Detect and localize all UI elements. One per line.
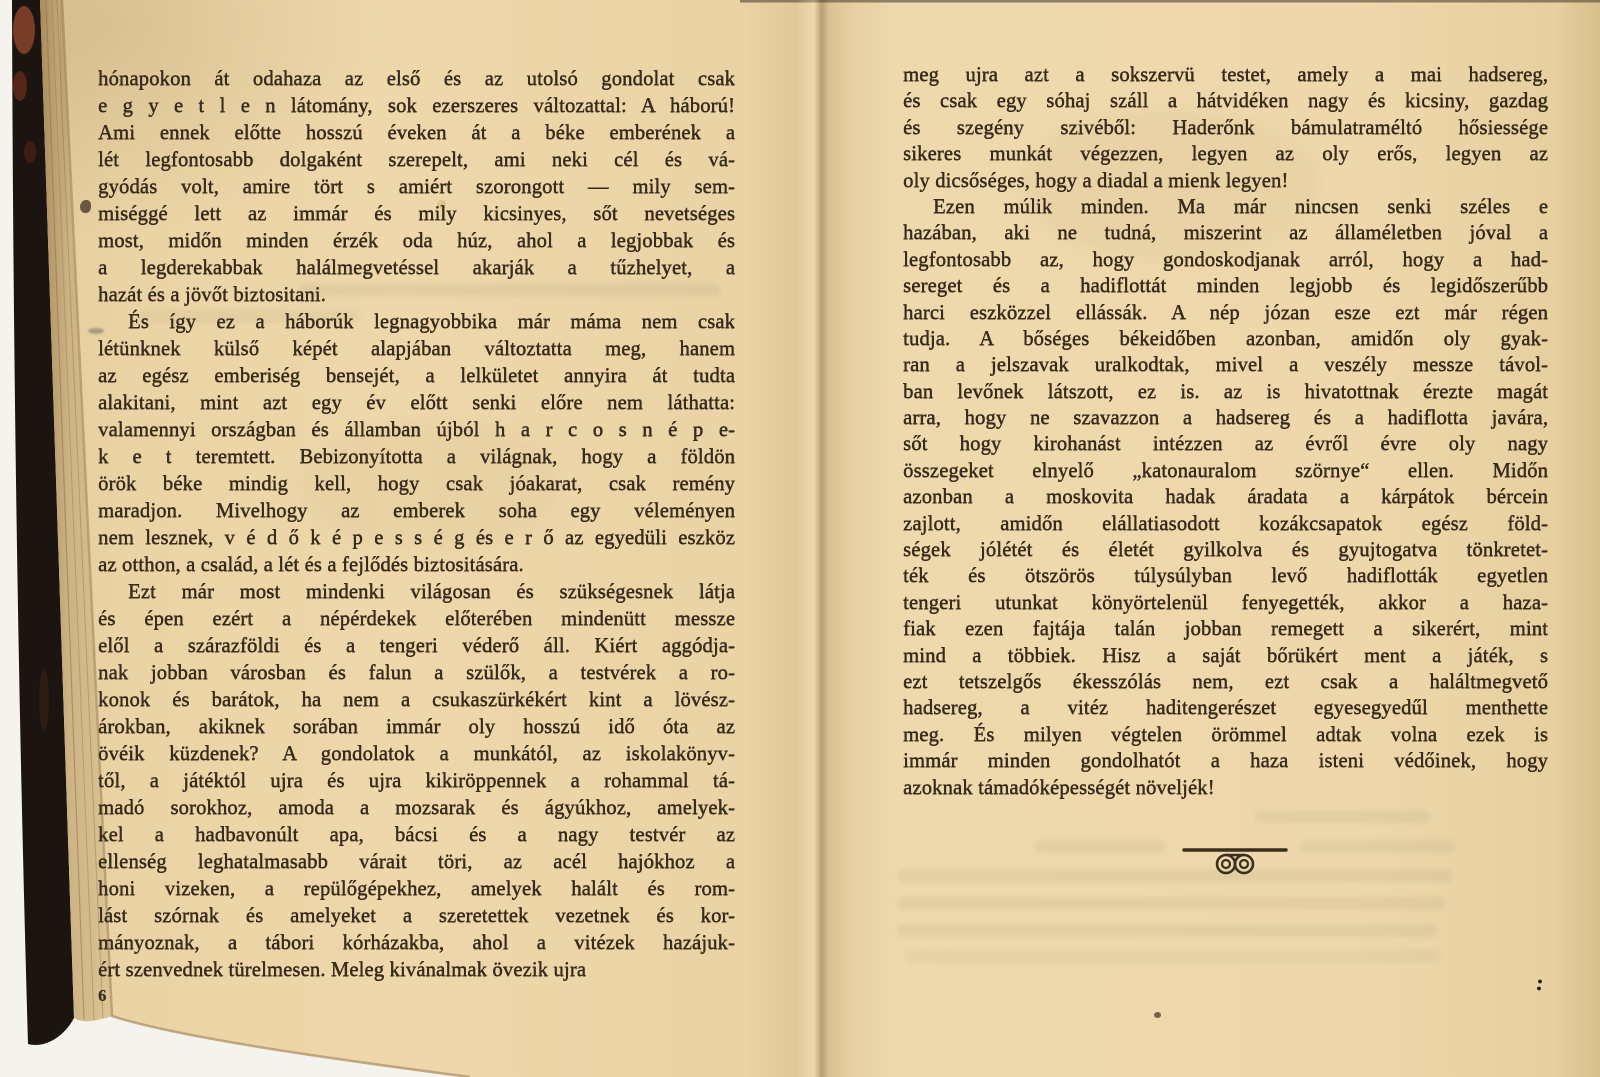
right-page-text: meg ujra azt a sokszervü testet, amely a… [903,62,1548,801]
left-page-text: hónapokon át odahaza az első és az utols… [98,66,735,984]
text-line: zajlott, amidőn elállatiasodott kozákcsa… [903,511,1548,537]
text-line: madó sorokhoz, amoda a mozsarak és ágyúk… [98,795,735,822]
text-line: hazában, aki ne tudná, miszerint az álla… [903,220,1548,246]
text-line: tudja. A bőséges békeidőben azonban, ami… [903,326,1548,352]
text-line: hadsereg, a vitéz haditengerészet egyese… [903,695,1548,721]
text-line: lást szórnak és amelyeket a szeretettek … [98,903,735,930]
text-line: honi vizeken, a repülőgépekhez, amelyek … [98,876,735,903]
text-line: ségek jólétét és életét gyilkolva és gyu… [903,537,1548,563]
text-line: gyódás volt, amire tört s amiért szorong… [98,174,735,201]
text-line: kel a hadbavonúlt apa, bácsi és a nagy t… [98,822,735,849]
text-line: összegeket elnyelő „katonauralom szörnye… [903,458,1548,484]
text-line: Ezt már most mindenki világosan és szüks… [98,579,735,606]
text-line: legfontosabb az, hogy gondoskodjanak arr… [903,247,1548,273]
text-line: lét legfontosabb dolgaként szerepelt, am… [98,147,735,174]
text-line: és épen ezért a népérdekek előterében mi… [98,606,735,633]
text-line: miséggé lett az immár és mily kicsinyes,… [98,201,735,228]
text-line: valamennyi országban és államban újból h… [98,417,735,444]
text-line: az otthon, a család, a lét és a fejlődés… [98,552,735,579]
text-line: nak jobban városban és falun a szülők, a… [98,660,735,687]
spine-stain [13,6,35,54]
text-line: az egész emberiség bensejét, a lelkülete… [98,363,735,390]
text-line: létünknek külső képét alapjában változta… [98,336,735,363]
text-line: maradjon. Mivelhogy az emberek soha egy … [98,498,735,525]
text-line: fiak ezen fajtája talán jobban remegett … [903,616,1548,642]
text-line: és szegény szivéből: Haderőnk bámulatram… [903,115,1548,141]
text-line: nem lesznek, v é d ő k é p e s s é g és … [98,525,735,552]
text-line: ran a jelszavak uralkodtak, mivel a vesz… [903,352,1548,378]
spine-stain [39,670,49,730]
text-line: és csak egy sóhaj száll a hátvidéken nag… [903,88,1548,114]
text-line: alakitani, mint azt egy év előtt senki e… [98,390,735,417]
text-line: hónapokon át odahaza az első és az utols… [98,66,735,93]
text-line: sikeres munkát végezzen, legyen az oly e… [903,141,1548,167]
text-line: harci eszközzel ellássák. A nép józan es… [903,300,1548,326]
spine-stain [13,71,27,101]
text-line: mind a többiek. Hisz a saját bőrükért me… [903,643,1548,669]
text-line: azonban a moskovita hadak áradata a kárp… [903,484,1548,510]
text-line: most, midőn minden érzék oda húz, ahol a… [98,228,735,255]
text-line: ték és ötszörös túlysúlyban levő hadiflo… [903,563,1548,589]
text-line: övéik küzdenek? A gondolatok a munkától,… [98,741,735,768]
text-line: től, a játéktól ujra és ujra kikiröppenn… [98,768,735,795]
scan-top-edge [740,0,1600,3]
text-line: a legderekabbak halálmegvetéssel akarják… [98,255,735,282]
text-line: azoknak támadóképességét növeljék! [903,775,1548,801]
spine-stain [24,141,36,163]
text-line: ezt tetszelgős ékesszólás nem, ezt csak … [903,669,1548,695]
text-line: ellenség leghatalmasabb várait töri, az … [98,849,735,876]
text-line: konok és barátok, ha nem a csukaszürkéké… [98,687,735,714]
spiral-rule-ornament [1180,842,1290,884]
page-number: 6 [98,986,106,1006]
text-line: örök béke mindig kell, hogy csak jóakara… [98,471,735,498]
book-scan: hónapokon át odahaza az első és az utols… [0,0,1600,1077]
text-line: meg ujra azt a sokszervü testet, amely a… [903,62,1548,88]
text-line: k e t teremtett. Bebizonyította a világn… [98,444,735,471]
text-line: ért szenvednek türelmesen. Meleg kivánal… [98,957,735,984]
text-line: arra, hogy ne szavazzon a hadsereg és a … [903,405,1548,431]
text-line: e g y e t l e n látomány, sok ezerszeres… [98,93,735,120]
text-line: Ami ennek előtte hosszú éveken át a béke… [98,120,735,147]
text-line: immár minden gondolhatót a haza isteni v… [903,748,1548,774]
text-line: sereget és a hadiflottát minden legjobb … [903,273,1548,299]
text-line: árokban, akiknek sorában immár oly hossz… [98,714,735,741]
text-line: hazát és a jövőt biztositani. [98,282,735,309]
text-line: oly dicsőséges, hogy a diadal a mienk le… [903,168,1548,194]
text-line: elől a szárazföldi és a tengeri véderő á… [98,633,735,660]
text-line: ban levőnek látszott, ez is. az is hivat… [903,379,1548,405]
text-line: tengeri utunkat könyörtelenül fenyegetté… [903,590,1548,616]
text-line: Ezen múlik minden. Ma már nincsen senki … [903,194,1548,220]
text-line: És így ez a háborúk legnagyobbika már má… [98,309,735,336]
text-line: sőt hogy kirohanást intézzen az évről év… [903,431,1548,457]
text-line: mányoznak, a tábori kórházakba, ahol a v… [98,930,735,957]
text-line: meg. És milyen végtelen örömmel adtak vo… [903,722,1548,748]
